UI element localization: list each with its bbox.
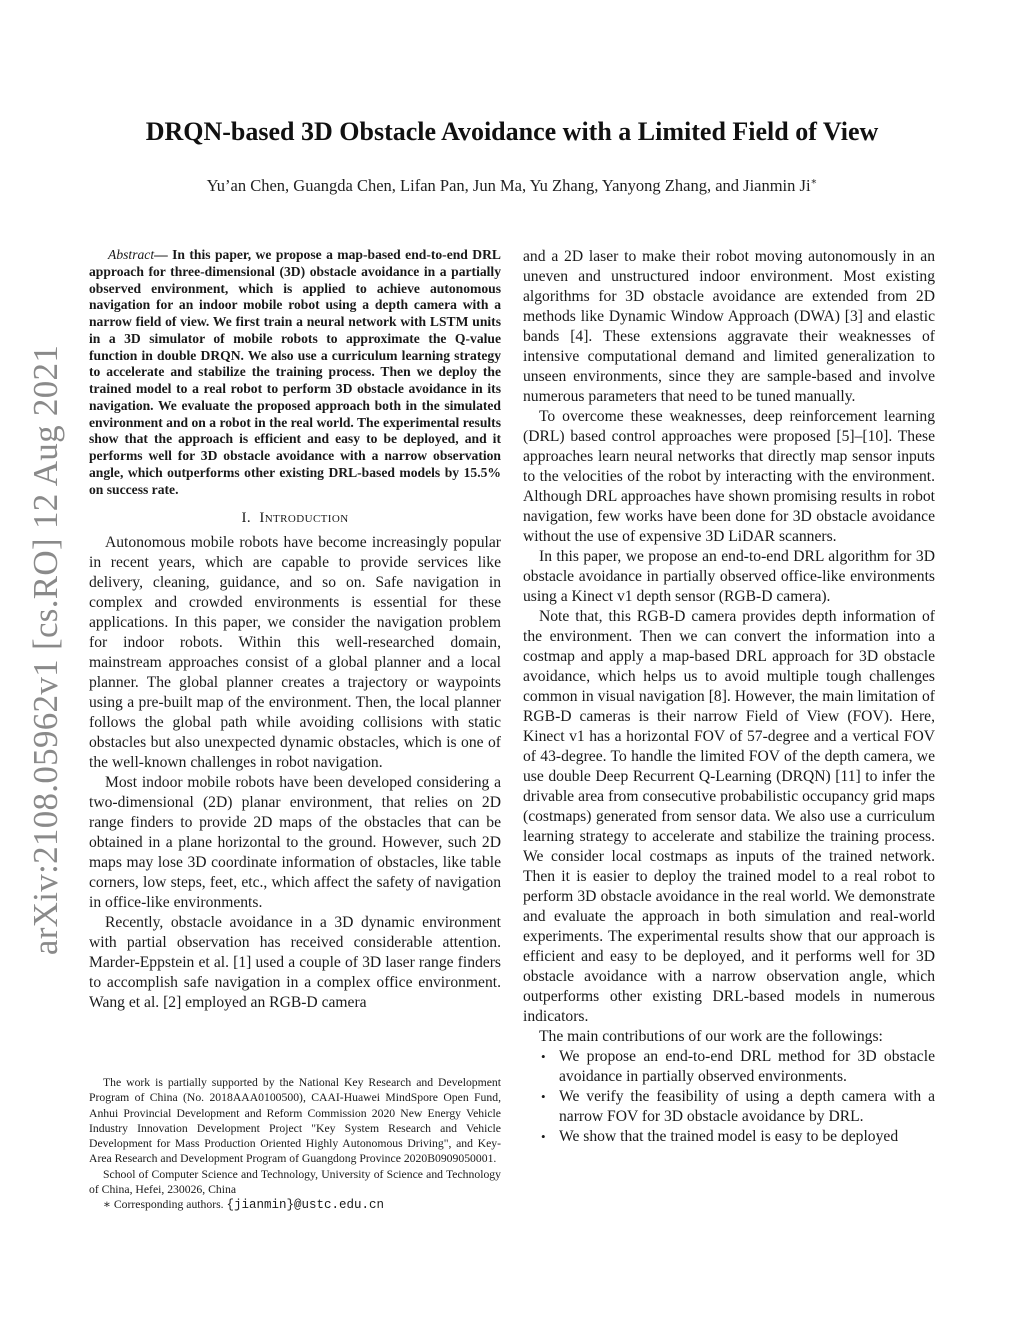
intro-paragraph-5: In this paper, we propose an end-to-end … [523, 547, 935, 607]
footnote-corresponding: ∗ Corresponding authors. {jianmin}@ustc.… [89, 1197, 501, 1213]
footnote-funding: The work is partially supported by the N… [89, 1075, 501, 1167]
corresponding-email-link[interactable]: {jianmin}@ustc.edu.cn [227, 1198, 385, 1212]
bullet-icon: • [541, 1047, 546, 1067]
contribution-text: We verify the feasibility of using a dep… [559, 1088, 935, 1125]
intro-paragraph-1: Autonomous mobile robots have become inc… [89, 533, 501, 773]
section-heading-introduction: I. Introduction [89, 510, 501, 527]
contribution-text: We show that the trained model is easy t… [559, 1128, 898, 1145]
footnotes: The work is partially supported by the N… [89, 1075, 501, 1214]
intro-paragraph-2: Most indoor mobile robots have been deve… [89, 773, 501, 913]
contribution-item: •We show that the trained model is easy … [559, 1127, 935, 1147]
right-column: and a 2D laser to make their robot movin… [523, 247, 935, 1147]
abstract: Abstract— In this paper, we propose a ma… [89, 247, 501, 498]
corresponding-author-mark: ∗ [811, 177, 818, 188]
bullet-icon: • [541, 1087, 546, 1107]
paper-title: DRQN-based 3D Obstacle Avoidance with a … [0, 117, 1024, 147]
intro-paragraph-4: To overcome these weaknesses, deep reinf… [523, 407, 935, 547]
arxiv-identifier-stamp: arXiv:2108.05962v1 [cs.RO] 12 Aug 2021 [26, 345, 66, 955]
section-number: I. [241, 510, 251, 526]
intro-paragraph-3: Recently, obstacle avoidance in a 3D dyn… [89, 913, 501, 1013]
left-column: Abstract— In this paper, we propose a ma… [89, 247, 501, 1013]
footnote-affiliation: School of Computer Science and Technolog… [89, 1167, 501, 1198]
bullet-icon: • [541, 1127, 546, 1147]
abstract-label: Abstract [108, 247, 154, 262]
authors-text: Yu’an Chen, Guangda Chen, Lifan Pan, Jun… [207, 176, 811, 195]
contribution-item: •We verify the feasibility of using a de… [559, 1087, 935, 1127]
intro-paragraph-6: Note that, this RGB-D camera provides de… [523, 607, 935, 1027]
section-title: Introduction [259, 510, 348, 526]
contributions-list: •We propose an end-to-end DRL method for… [523, 1047, 935, 1147]
contributions-intro: The main contributions of our work are t… [523, 1027, 935, 1047]
contribution-item: •We propose an end-to-end DRL method for… [559, 1047, 935, 1087]
abstract-dash: — [154, 247, 168, 262]
abstract-text: In this paper, we propose a map-based en… [89, 247, 501, 497]
contribution-text: We propose an end-to-end DRL method for … [559, 1048, 935, 1085]
intro-paragraph-3-continued: and a 2D laser to make their robot movin… [523, 247, 935, 407]
author-list: Yu’an Chen, Guangda Chen, Lifan Pan, Jun… [0, 176, 1024, 196]
corresponding-label: ∗ Corresponding authors. [103, 1198, 227, 1211]
